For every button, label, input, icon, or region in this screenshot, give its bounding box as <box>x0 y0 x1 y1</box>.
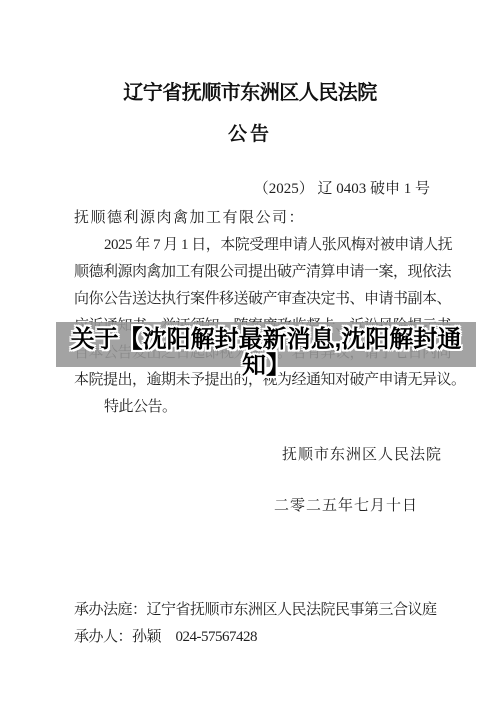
scanned-court-notice-page: { "page": { "background_color": "#ffffff… <box>0 0 500 706</box>
notice-body: （2025） 辽 0403 破申 1 号 抚顺德利源肉禽加工有限公司： 2025… <box>74 178 430 421</box>
notice-title: 公告 <box>0 119 500 146</box>
overlay-caption-line: 关于【沈阳解封最新消息,沈阳解封通 <box>46 327 486 353</box>
addressee-line: 抚顺德利源肉禽加工有限公司： <box>74 205 430 232</box>
handler-phone-line: 承办人：孙颖 024-57567428 <box>74 624 474 651</box>
footer-contact-block: 承办法庭：辽宁省抚顺市东洲区人民法院民事第三合议庭 承办人：孙颖 024-575… <box>74 597 474 651</box>
body-line: 顺德利源肉禽加工有限公司提出破产清算申请一案，现依法 <box>74 259 430 286</box>
body-line-closing: 特此公告。 <box>74 394 430 421</box>
case-number: （2025） 辽 0403 破申 1 号 <box>74 178 430 205</box>
court-signature: 抚顺市东洲区人民法院 <box>282 443 442 464</box>
body-line: 向你公告送达执行案件移送破产审查决定书、申请书副本、 <box>74 286 430 313</box>
court-title: 辽宁省抚顺市东洲区人民法院 <box>0 76 500 105</box>
handling-court-line: 承办法庭：辽宁省抚顺市东洲区人民法院民事第三合议庭 <box>74 597 474 624</box>
body-line: 2025 年 7 月 1 日，本院受理申请人张风梅对被申请人抚 <box>74 232 430 259</box>
overlay-caption-text: 关于【沈阳解封最新消息,沈阳解封通 知】 <box>46 327 486 379</box>
overlay-caption-banner: 关于【沈阳解封最新消息,沈阳解封通 知】 <box>56 322 476 367</box>
overlay-caption-line: 知】 <box>46 353 486 379</box>
notice-date: 二零二五年七月十日 <box>274 494 418 515</box>
